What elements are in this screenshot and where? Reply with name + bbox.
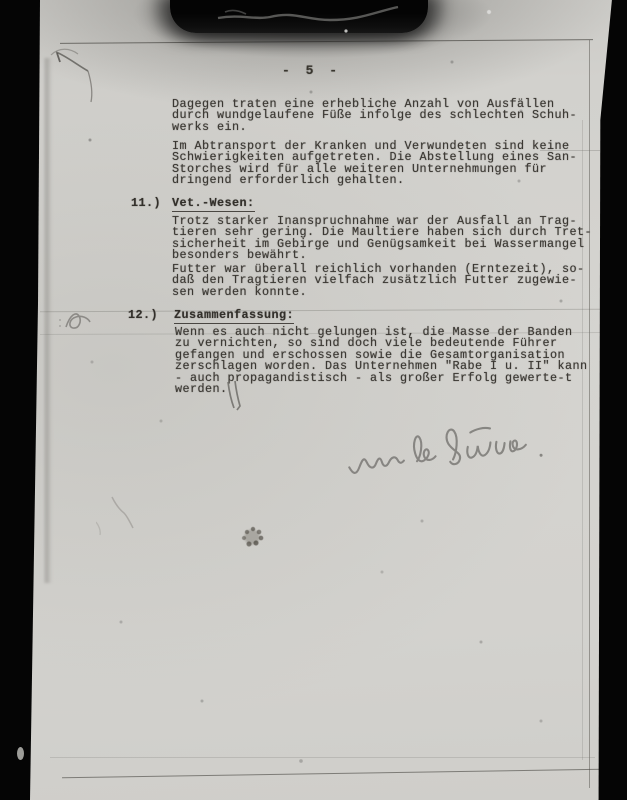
intro-paragraph-2: Im Abtransport der Kranken und Verwundet…	[172, 141, 577, 187]
section-12-paragraph-1: Wenn es auch nicht gelungen ist, die Mas…	[175, 327, 587, 395]
section-11-number: 11.)	[131, 198, 161, 209]
text-line: sen werden konnte.	[172, 285, 307, 299]
crease-line	[50, 757, 595, 758]
text-line: werden.	[175, 382, 228, 396]
section-11-paragraph-2: Futter war überall reichlich vorhanden (…	[172, 264, 584, 298]
binder-clamp	[170, 0, 428, 33]
ink-blot	[238, 522, 268, 552]
text-line: werks ein.	[172, 120, 247, 134]
page-number: - 5 -	[282, 63, 341, 78]
text-line: dringend erforderlich gehalten.	[172, 173, 404, 187]
clamp-highlight-streaks	[170, 0, 428, 33]
page-right-edge-line	[589, 40, 590, 788]
scanned-document-page: - 5 - Dagegen traten eine erhebliche Anz…	[0, 0, 627, 800]
text-line: besonders bewährt.	[172, 248, 307, 262]
section-11-paragraph-1: Trotz starker Inanspruchnahme war der Au…	[172, 216, 592, 262]
section-12-heading-text: Zusammenfassung:	[174, 308, 294, 324]
section-11-heading-text: Vet.-Wesen:	[172, 196, 255, 212]
intro-paragraph-1: Dagegen traten eine erhebliche Anzahl vo…	[172, 99, 577, 133]
section-12-heading: Zusammenfassung:	[174, 310, 294, 321]
section-12-number: 12.)	[128, 310, 158, 321]
text-line: - auch propagandistisch - als großer Erf…	[175, 371, 572, 385]
section-11-heading: Vet.-Wesen:	[172, 198, 255, 209]
film-edge-speck	[17, 747, 24, 760]
film-border-right	[598, 0, 627, 800]
page-curl-shadow	[42, 58, 52, 583]
